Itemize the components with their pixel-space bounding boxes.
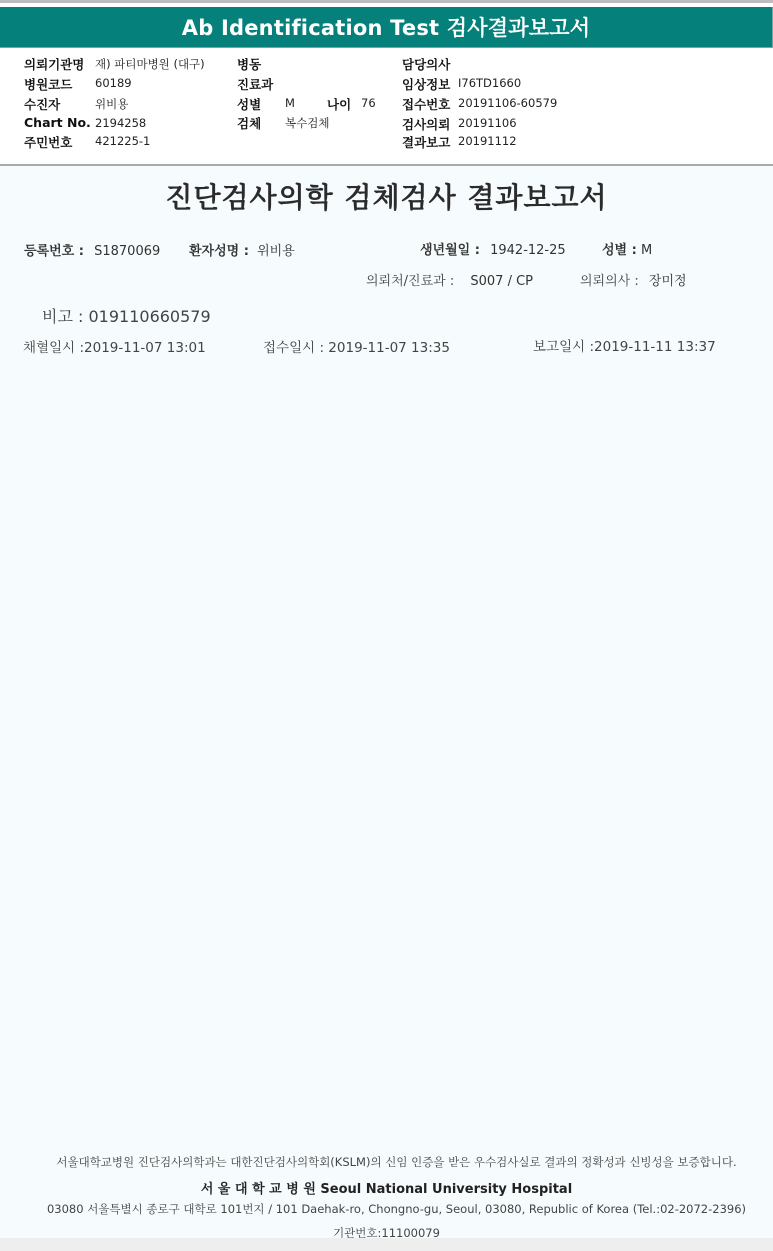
top-rule [0, 0, 773, 3]
report-header-title: Ab Identification Test 검사결과보고서 [182, 12, 590, 42]
value-hospital-code: 60189 [95, 76, 132, 90]
value-clinical-info: I76TD1660 [458, 76, 521, 90]
receipt-datetime-label: 접수일시 [263, 340, 315, 356]
value-receipt-no: 20191106-60579 [458, 96, 557, 110]
value-resident-no: 421225-1 [95, 134, 150, 148]
label-sex: 성별 [237, 95, 261, 113]
label-chart-no: Chart No. [24, 115, 91, 130]
value-specimen: 복수검체 [285, 115, 329, 131]
bottom-margin [0, 1238, 773, 1251]
patient-name-field: 환자성명 : 위비용 [189, 240, 295, 259]
registration-number-value: S1870069 [94, 244, 160, 259]
label-patient: 수진자 [24, 95, 60, 113]
referring-doctor-value: 장미정 [649, 274, 687, 289]
value-chart-no: 2194258 [95, 116, 146, 130]
label-age: 나이 [327, 95, 351, 113]
hospital-name: 서 울 대 학 교 병 원 Seoul National University … [0, 1178, 773, 1197]
referral-department-label: 의뢰처/진료과 : [366, 274, 454, 289]
value-age: 76 [361, 96, 376, 110]
label-result-report: 결과보고 [402, 133, 450, 151]
label-department: 진료과 [237, 75, 273, 93]
referral-department-field: 의뢰처/진료과 : S007 / CP [366, 270, 533, 289]
report-datetime-field: 보고일시 :2019-11-11 13:37 [533, 335, 716, 355]
label-ward: 병동 [237, 55, 261, 73]
registration-number-label: 등록번호 : [24, 244, 84, 259]
registration-number-field: 등록번호 : S1870069 [24, 240, 160, 259]
receipt-datetime-field: 접수일시 : 2019-11-07 13:35 [263, 336, 450, 356]
hospital-address: 03080 서울특별시 종로구 대학로 101번지 / 101 Daehak-r… [20, 1201, 773, 1217]
header-band: Ab Identification Test 검사결과보고서 [0, 7, 773, 48]
collection-datetime-field: 채혈일시 :2019-11-07 13:01 [23, 336, 206, 356]
report-datetime-value: :2019-11-11 13:37 [589, 339, 715, 355]
value-result-report: 20191112 [458, 134, 517, 148]
sex-label: 성별 : [602, 243, 637, 258]
certification-statement: 서울대학교병원 진단검사의학과는 대한진단검사의학회(KSLM)의 신임 인증을… [20, 1154, 773, 1170]
label-resident-no: 주민번호 [24, 133, 72, 151]
patient-name-value: 위비용 [257, 244, 295, 259]
birth-date-value: 1942-12-25 [490, 243, 566, 258]
value-requesting-institution: 재) 파티마병원 (대구) [95, 56, 205, 72]
birth-date-field: 생년월일 : 1942-12-25 [420, 239, 566, 258]
remark-value: : 019110660579 [78, 307, 211, 326]
value-test-request: 20191106 [458, 116, 517, 130]
remark-field: 비고 : 019110660579 [42, 304, 211, 327]
referring-doctor-field: 의뢰의사 : 장미정 [580, 270, 687, 289]
sex-value: M [641, 243, 652, 258]
receipt-datetime-value: : 2019-11-07 13:35 [319, 340, 450, 356]
scanned-report-document: 진단검사의학 검체검사 결과보고서 등록번호 : S1870069 환자성명 :… [0, 166, 773, 1238]
label-clinical-info: 임상정보 [402, 75, 450, 93]
label-specimen: 검체 [237, 114, 261, 132]
collection-datetime-label: 채혈일시 [23, 340, 75, 356]
label-attending-doctor: 담당의사 [402, 55, 450, 73]
referring-doctor-label: 의뢰의사 : [580, 274, 639, 289]
document-title: 진단검사의학 검체검사 결과보고서 [0, 176, 773, 216]
label-receipt-no: 접수번호 [402, 95, 450, 113]
sex-field: 성별 : M [602, 239, 652, 258]
patient-name-label: 환자성명 : [189, 244, 249, 259]
referral-department-value: S007 / CP [470, 274, 533, 289]
collection-datetime-value: :2019-11-07 13:01 [79, 340, 205, 356]
birth-date-label: 생년월일 : [420, 243, 480, 258]
label-requesting-institution: 의뢰기관명 [24, 55, 84, 73]
request-info-block: 의뢰기관명 재) 파티마병원 (대구) 병원코드 60189 수진자 위비용 C… [0, 55, 773, 155]
value-sex: M [285, 96, 295, 110]
label-hospital-code: 병원코드 [24, 75, 72, 93]
remark-label: 비고 [42, 307, 73, 326]
value-patient: 위비용 [95, 96, 128, 112]
report-datetime-label: 보고일시 [533, 339, 585, 355]
label-test-request: 검사의뢰 [402, 115, 450, 133]
